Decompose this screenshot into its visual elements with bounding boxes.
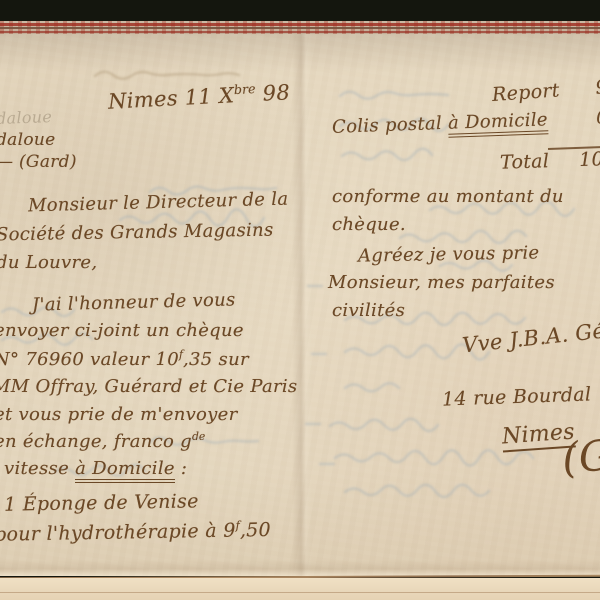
letter-paper: Nimes 11 Xbre 98 daloue daloue — (Gard) … — [0, 34, 600, 576]
cheque-number-line: N° 76960 valeur 10f,35 sur — [0, 348, 249, 370]
price-line: pour l'hydrothérapie à 9f,50 — [0, 518, 271, 546]
delivery-line: vitesse à Domicile : — [4, 458, 187, 479]
cheque-number: N° 76960 valeur 10 — [0, 349, 179, 370]
colis-words: Colis postal — [332, 113, 449, 138]
total-label: Total — [500, 150, 550, 174]
domicile-underlined: à Domicile — [448, 109, 549, 137]
cheque-amount: ,35 sur — [183, 349, 249, 370]
item-purpose: pour l'hydrothérapie à 9 — [0, 520, 236, 546]
closing-line-2: chèque. — [332, 214, 406, 235]
body-line-3: et vous prie de m'envoyer — [0, 404, 238, 425]
report-value: 9 — [595, 76, 600, 99]
closing-line-4: Monsieur, mes parfaites — [328, 272, 555, 293]
department-parenthesis: (G — [560, 430, 600, 482]
paper-deckle-edge — [0, 560, 600, 576]
salutation-line-3: du Louvre, — [0, 252, 97, 273]
domicile-underlined: à Domicile — [75, 458, 175, 483]
bank-line: MM Offray, Guérard et Cie Paris — [0, 376, 297, 397]
date-year: 98 — [255, 80, 291, 106]
closing-line-1: conforme au montant du — [332, 186, 564, 207]
shipping-terms: en échange, franco g — [0, 431, 192, 452]
shipping-line: en échange, franco gde — [0, 430, 205, 452]
delivery-colon: : — [175, 458, 187, 479]
body-line-2: envoyer ci-joint un chèque — [0, 320, 244, 341]
colis-value: 0 — [596, 107, 600, 128]
street-line: daloue — [0, 130, 56, 150]
department-line: — (Gard) — [0, 152, 77, 172]
item-price: ,50 — [240, 519, 272, 542]
total-value: 10 — [579, 148, 600, 171]
total-line: Total 10 — [500, 148, 600, 174]
photographed-letter-spread: Nimes 11 Xbre 98 daloue daloue — (Gard) … — [0, 0, 600, 600]
report-label: Report — [491, 79, 560, 106]
street-line-faint: daloue — [0, 107, 52, 128]
date-month-abbrev: bre — [234, 81, 256, 97]
delivery-word: vitesse — [4, 458, 75, 479]
underlying-page-edge — [0, 578, 600, 600]
closing-line-3: Agréez je vous prie — [358, 242, 540, 266]
order-item-line: 1 Éponge de Venise — [4, 490, 199, 515]
closing-line-5: civilités — [332, 300, 405, 321]
grande-vitesse-abbrev: de — [192, 430, 205, 443]
